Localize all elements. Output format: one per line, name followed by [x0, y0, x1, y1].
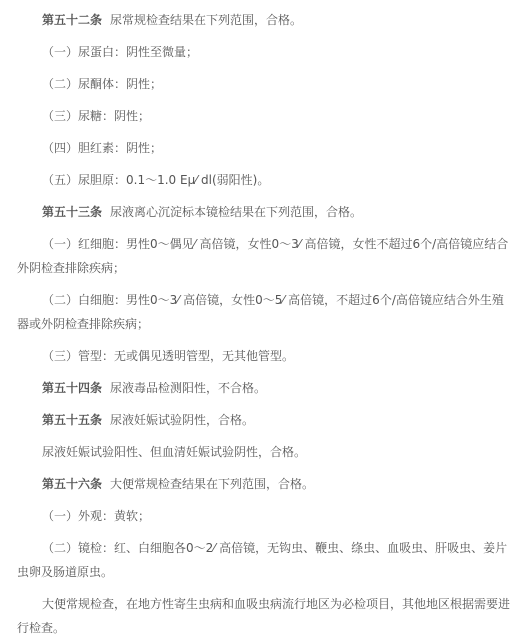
paragraph-text: 尿液妊娠试验阴性，合格。 — [110, 413, 254, 427]
article-paragraph: 第五十二条尿常规检查结果在下列范围，合格。 — [17, 8, 510, 32]
article-number: 第五十六条 — [42, 477, 102, 491]
clause-paragraph: （一）红细胞：男性0～偶见⁄ 高倍镜，女性0～3⁄ 高倍镜，女性不超过6个/高倍… — [17, 232, 510, 280]
paragraph-text: 尿液离心沉淀标本镜检结果在下列范围，合格。 — [110, 205, 362, 219]
clause-paragraph: （三）尿糖：阴性； — [17, 104, 510, 128]
clause-paragraph: （一）外观：黄软； — [17, 504, 510, 528]
article-number: 第五十二条 — [42, 13, 102, 27]
article-number: 第五十三条 — [42, 205, 102, 219]
clause-paragraph: （一）尿蛋白：阴性至微量； — [17, 40, 510, 64]
paragraph-text: （五）尿胆原：0.1～1.0 Eμ⁄ dl(弱阳性)。 — [42, 173, 269, 187]
paragraph-text: （二）镜检：红、白细胞各0～2⁄ 高倍镜，无钩虫、鞭虫、绦虫、血吸虫、肝吸虫、姜… — [17, 541, 507, 579]
paragraph-text: 尿液妊娠试验阳性、但血清妊娠试验阴性，合格。 — [42, 445, 306, 459]
paragraph-text: （二）尿酮体：阴性； — [42, 77, 162, 91]
paragraph-text: （一）尿蛋白：阴性至微量； — [42, 45, 198, 59]
paragraph-text: 尿液毒品检测阳性，不合格。 — [110, 381, 266, 395]
article-number: 第五十四条 — [42, 381, 102, 395]
clause-paragraph: （二）白细胞：男性0～3⁄ 高倍镜，女性0～5⁄ 高倍镜，不超过6个/高倍镜应结… — [17, 288, 510, 336]
clause-paragraph: （二）尿酮体：阴性； — [17, 72, 510, 96]
clause-paragraph: 大便常规检查，在地方性寄生虫病和血吸虫病流行地区为必检项目，其他地区根据需要进行… — [17, 592, 510, 638]
paragraph-text: （三）尿糖：阴性； — [42, 109, 150, 123]
paragraph-text: （二）白细胞：男性0～3⁄ 高倍镜，女性0～5⁄ 高倍镜，不超过6个/高倍镜应结… — [17, 293, 504, 331]
clause-paragraph: （二）镜检：红、白细胞各0～2⁄ 高倍镜，无钩虫、鞭虫、绦虫、血吸虫、肝吸虫、姜… — [17, 536, 510, 584]
paragraph-text: 大便常规检查结果在下列范围，合格。 — [110, 477, 314, 491]
paragraph-text: （三）管型：无或偶见透明管型，无其他管型。 — [42, 349, 294, 363]
article-paragraph: 第五十五条尿液妊娠试验阴性，合格。 — [17, 408, 510, 432]
paragraph-text: （一）外观：黄软； — [42, 509, 150, 523]
article-number: 第五十五条 — [42, 413, 102, 427]
paragraph-text: （四）胆红素：阴性； — [42, 141, 162, 155]
article-paragraph: 第五十六条大便常规检查结果在下列范围，合格。 — [17, 472, 510, 496]
article-paragraph: 第五十四条尿液毒品检测阳性，不合格。 — [17, 376, 510, 400]
clause-paragraph: （五）尿胆原：0.1～1.0 Eμ⁄ dl(弱阳性)。 — [17, 168, 510, 192]
paragraph-text: （一）红细胞：男性0～偶见⁄ 高倍镜，女性0～3⁄ 高倍镜，女性不超过6个/高倍… — [17, 237, 508, 275]
paragraph-text: 尿常规检查结果在下列范围，合格。 — [110, 13, 302, 27]
paragraph-text: 大便常规检查，在地方性寄生虫病和血吸虫病流行地区为必检项目，其他地区根据需要进行… — [17, 597, 510, 635]
clause-paragraph: （四）胆红素：阴性； — [17, 136, 510, 160]
clause-paragraph: （三）管型：无或偶见透明管型，无其他管型。 — [17, 344, 510, 368]
article-paragraph: 第五十三条尿液离心沉淀标本镜检结果在下列范围，合格。 — [17, 200, 510, 224]
clause-paragraph: 尿液妊娠试验阳性、但血清妊娠试验阴性，合格。 — [17, 440, 510, 464]
